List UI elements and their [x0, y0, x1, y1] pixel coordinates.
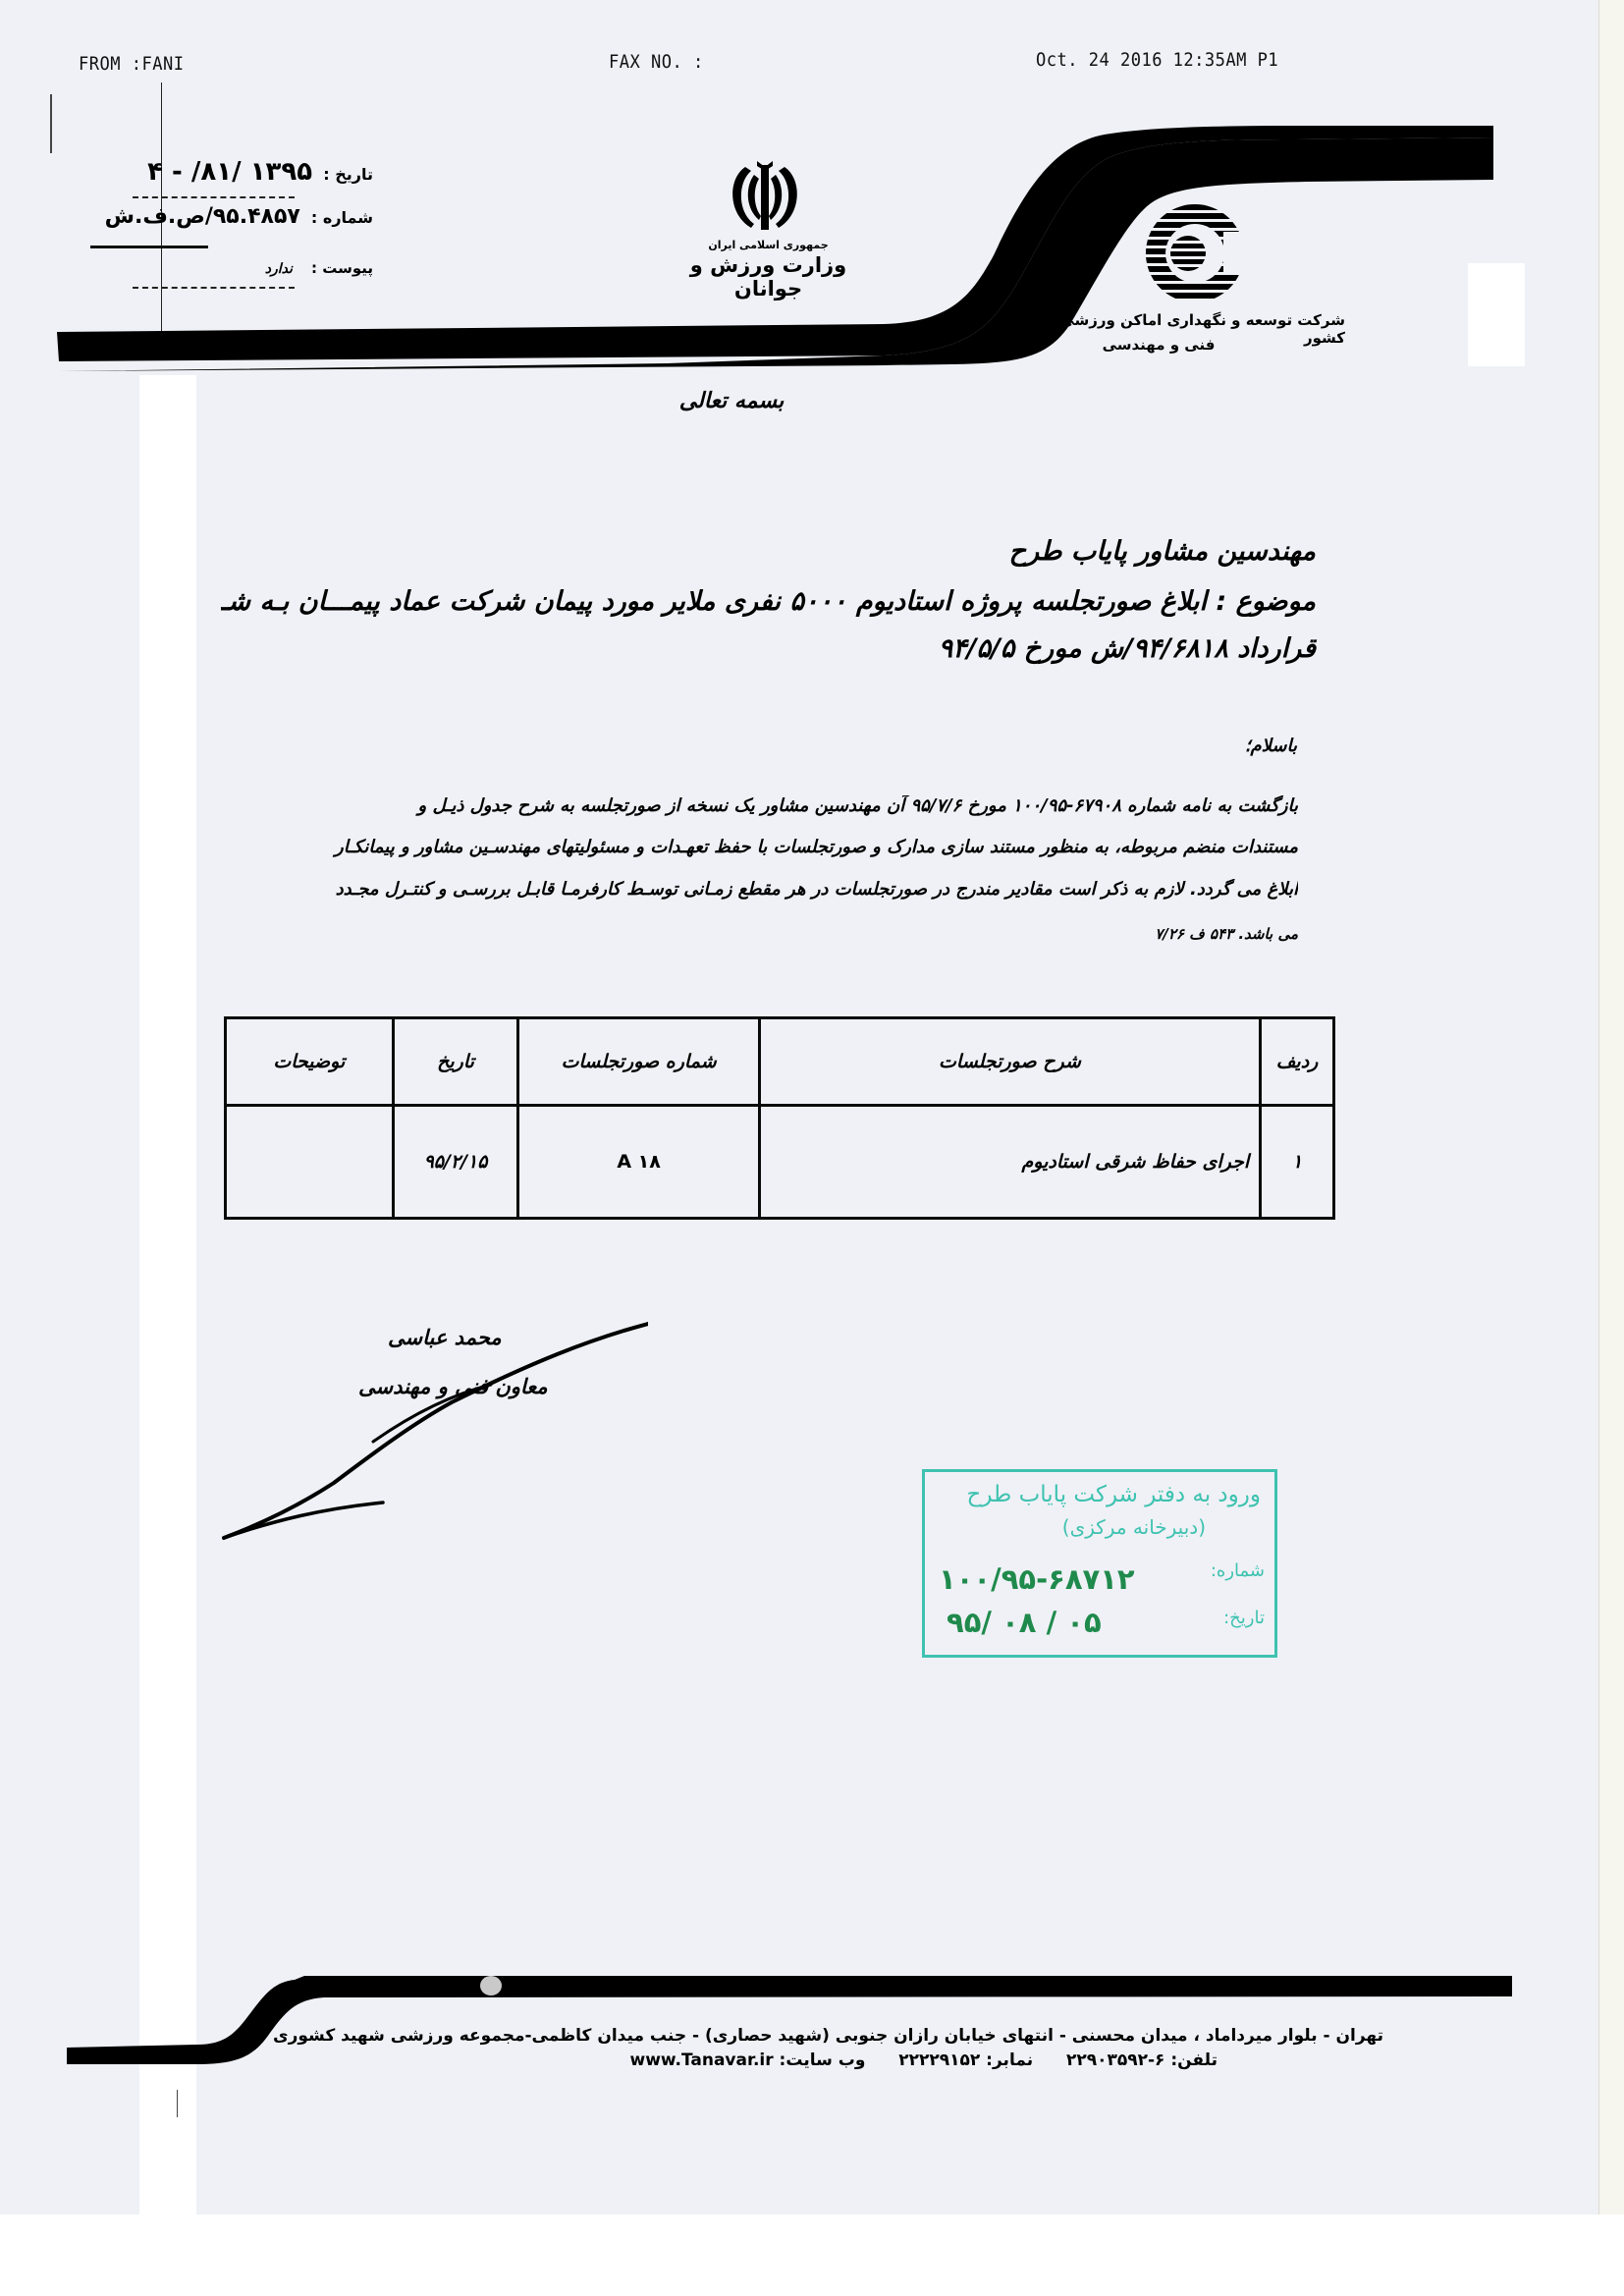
invocation: بسمه تعالی [677, 388, 785, 413]
header-row-number: ردیف [1261, 1018, 1334, 1106]
number-value: ۹۵.۴۸۵۷/ص.ف.ش [105, 204, 300, 229]
table-row: ۱ اجرای حفاظ شرقی استادیوم A ۱۸ ۹۵/۲/۱۵ [226, 1106, 1334, 1219]
footer-fax: نمابر: ۲۲۲۲۹۱۵۲ [898, 2050, 1033, 2070]
table-header-row: ردیف شرح صورتجلسات شماره صورتجلسات تاریخ… [226, 1018, 1334, 1106]
body-line: مستندات منضم مربوطه، به منظور مستند سازی… [159, 837, 1298, 857]
stamp-line1: ورود به دفتر شرکت پایاب طرح [966, 1482, 1261, 1507]
footer-website-label: وب سایت: [780, 2050, 866, 2070]
company-department: فنی و مهندسی [1041, 336, 1276, 354]
receipt-stamp: ورود به دفتر شرکت پایاب طرح (دبیرخانه مر… [922, 1469, 1277, 1658]
letter-number: شماره : ۹۵.۴۸۵۷/ص.ف.ش [88, 204, 373, 229]
header-minutes-number: شماره صورتجلسات [518, 1018, 759, 1106]
letter-date: تاریخ : ۱۳۹۵ /۸۱/ - ۴ [88, 157, 373, 187]
attachment-label: پیوست : [311, 259, 373, 277]
date-value: ۱۳۹۵ /۸۱/ - ۴ [147, 157, 312, 187]
number-label: شماره : [311, 208, 373, 227]
minutes-table: ردیف شرح صورتجلسات شماره صورتجلسات تاریخ… [224, 1016, 1335, 1220]
ministry-line2: وزارت ورزش و جوانان [658, 253, 879, 301]
header-date: تاریخ [393, 1018, 518, 1106]
number-underline [90, 246, 208, 248]
recipient: مهندسین مشاور پایاب طرح [1009, 536, 1316, 567]
cell-row-number: ۱ [1261, 1106, 1334, 1219]
cell-description: اجرای حفاظ شرقی استادیوم [759, 1106, 1260, 1219]
footer-contact: تلفن: ۶-۲۲۹۰۳۵۹۲ نمابر: ۲۲۲۲۹۱۵۲ وب سایت… [530, 2050, 1218, 2070]
company-logo-icon [1141, 202, 1249, 308]
subject-line1: موضوع : ابلاغ صورتجلسه پروژه استادیوم ۵۰… [221, 586, 1316, 617]
date-underline [133, 196, 295, 198]
footer-band [0, 1954, 1598, 2092]
header-notes: توضیحات [226, 1018, 394, 1106]
margin-mark [177, 2090, 178, 2117]
stamp-date-label: تاریخ: [1223, 1608, 1265, 1628]
footer-website[interactable]: www.Tanavar.ir [630, 2050, 774, 2070]
handwritten-signature [216, 1316, 648, 1542]
cell-date: ۹۵/۲/۱۵ [393, 1106, 518, 1219]
footer-phone: تلفن: ۶-۲۲۹۰۳۵۹۲ [1066, 2050, 1218, 2070]
attachment-underline [133, 287, 295, 289]
ministry-line1: جمهوری اسلامی ایران [668, 239, 869, 251]
subject-line2: قرارداد ۹۴/۶۸۱۸/ش مورخ ۹۴/۵/۵ [939, 633, 1316, 664]
date-label: تاریخ : [323, 165, 373, 184]
body-line: ابلاغ می گردد. لازم به ذکر است مقادیر من… [159, 879, 1298, 900]
cell-minutes-number: A ۱۸ [518, 1106, 759, 1219]
page-edge [1598, 0, 1624, 2214]
header-description: شرح صورتجلسات [759, 1018, 1260, 1106]
iran-emblem-icon [722, 157, 808, 240]
body-line: می باشد. ۵۴۳ ف ۷/۲۶ [1155, 925, 1298, 943]
stamp-number-label: شماره: [1211, 1560, 1265, 1581]
letter-attachment: پیوست : ندارد [88, 258, 373, 277]
cell-notes [226, 1106, 394, 1219]
stamp-date-value: ۹۵/ ۰۸ / ۰۵ [947, 1606, 1102, 1639]
stamp-line2: (دبیرخانه مرکزی) [1062, 1515, 1206, 1539]
body-line: بازگشت به نامه شماره ۶۷۹۰۸-۱۰۰/۹۵ مورخ ۹… [218, 795, 1298, 816]
footer-address: تهران - بلوار میرداماد ، میدان محسنی - ا… [273, 2026, 1383, 2046]
stamp-number-value: ۱۰۰/۹۵-۶۸۷۱۲ [939, 1562, 1135, 1596]
greeting: باسلام؛ [1245, 736, 1297, 756]
attachment-value: ندارد [265, 261, 293, 277]
